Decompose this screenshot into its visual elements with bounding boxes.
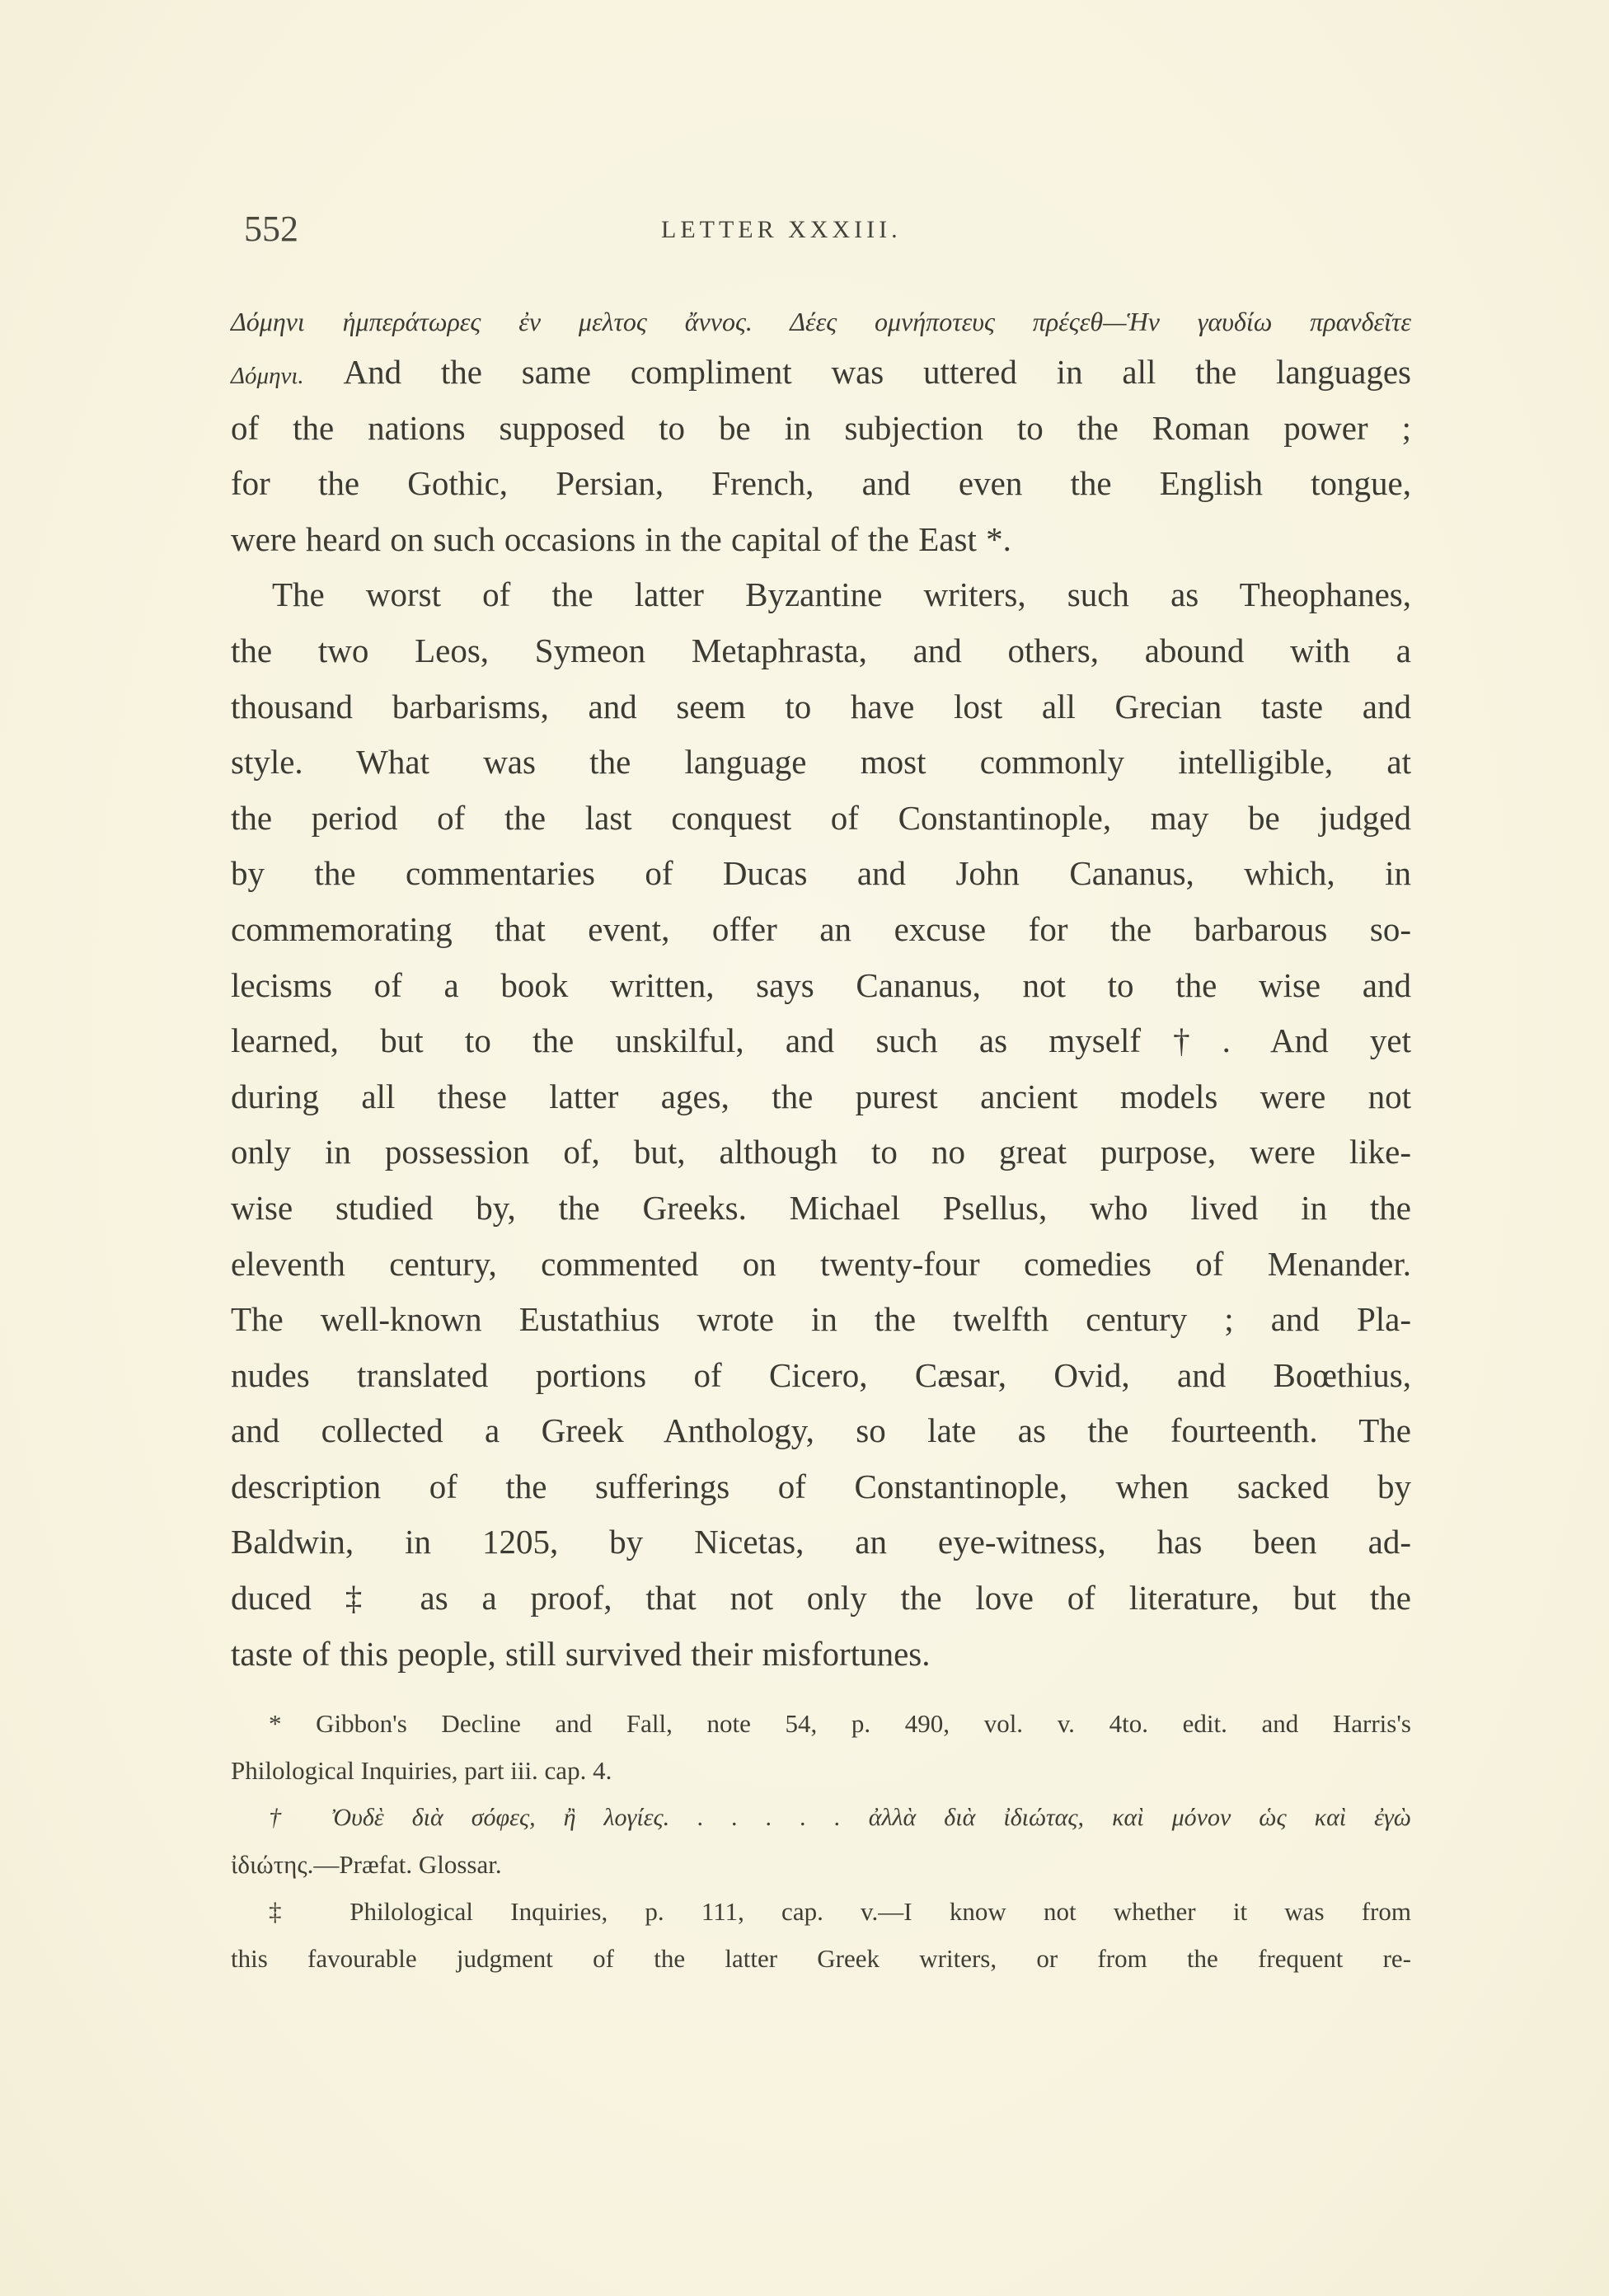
text-line: only in possession of, but, although to … bbox=[231, 1125, 1411, 1181]
text-line: eleventh century, commented on twenty-fo… bbox=[231, 1237, 1411, 1293]
greek-word: Δόμηνι. bbox=[231, 363, 304, 389]
footnote-asterisk: * Gibbon's Decline and Fall, note 54, p.… bbox=[231, 1700, 1411, 1747]
text-line: the two Leos, Symeon Metaphrasta, and ot… bbox=[231, 623, 1411, 679]
text-line: for the Gothic, Persian, French, and eve… bbox=[231, 456, 1411, 512]
text-line: of the nations supposed to be in subject… bbox=[231, 401, 1411, 457]
text-line: learned, but to the unskilful, and such … bbox=[231, 1013, 1411, 1069]
greek-acclamation-line: Δόμηνι ἡμπεράτωρες ἐν μελτος ἄννος. Δέες… bbox=[231, 300, 1411, 343]
text-line: Baldwin, in 1205, by Nicetas, an eye-wit… bbox=[231, 1514, 1411, 1571]
text-line: duced ‡ as a proof, that not only the lo… bbox=[231, 1571, 1411, 1627]
book-page: 552 LETTER XXXIII. Δόμηνι ἡμπεράτωρες ἐν… bbox=[0, 0, 1609, 2296]
text-line: Δόμηνι. And the same compliment was utte… bbox=[231, 345, 1411, 401]
paragraph-start-line: The worst of the latter Byzantine writer… bbox=[231, 567, 1411, 623]
text-line: lecisms of a book written, says Cananus,… bbox=[231, 958, 1411, 1014]
text-line: The well-known Eustathius wrote in the t… bbox=[231, 1292, 1411, 1348]
footnote-dagger: † Ὀυδὲ διὰ σόφες, ἢ λογίες. . . . . . ἀλ… bbox=[231, 1794, 1411, 1841]
footnote-double-dagger: ‡ Philological Inquiries, p. 111, cap. v… bbox=[231, 1888, 1411, 1935]
text-line: nudes translated portions of Cicero, Cæs… bbox=[231, 1348, 1411, 1404]
main-text: Δόμηνι ἡμπεράτωρες ἐν μελτος ἄννος. Δέες… bbox=[231, 290, 1411, 1682]
page-number: 552 bbox=[244, 208, 298, 250]
text-line: and collected a Greek Anthology, so late… bbox=[231, 1403, 1411, 1459]
footnote-dagger-cont: ἰδιώτης.—Præfat. Glossar. bbox=[231, 1841, 1411, 1888]
chapter-title: LETTER XXXIII. bbox=[661, 216, 902, 244]
footnote-asterisk-cont: Philological Inquiries, part iii. cap. 4… bbox=[231, 1747, 1411, 1794]
text-line: thousand barbarisms, and seem to have lo… bbox=[231, 679, 1411, 735]
text-line: wise studied by, the Greeks. Michael Pse… bbox=[231, 1181, 1411, 1237]
paragraph-end-line: taste of this people, still survived the… bbox=[231, 1627, 1411, 1683]
running-head: 552 LETTER XXXIII. bbox=[244, 208, 1398, 249]
text-line: were heard on such occasions in the capi… bbox=[231, 512, 1411, 568]
text-line: the period of the last conquest of Const… bbox=[231, 791, 1411, 847]
text-line: during all these latter ages, the purest… bbox=[231, 1069, 1411, 1125]
text-line: description of the sufferings of Constan… bbox=[231, 1459, 1411, 1515]
footnote-double-dagger-cont: this favourable judgment of the latter G… bbox=[231, 1935, 1411, 1982]
text-line: style. What was the language most common… bbox=[231, 735, 1411, 791]
text-line: by the commentaries of Ducas and John Ca… bbox=[231, 846, 1411, 902]
text-line-content: And the same compliment was uttered in a… bbox=[343, 353, 1411, 391]
footnotes: * Gibbon's Decline and Fall, note 54, p.… bbox=[231, 1700, 1411, 1982]
text-line: commemorating that event, offer an excus… bbox=[231, 902, 1411, 958]
